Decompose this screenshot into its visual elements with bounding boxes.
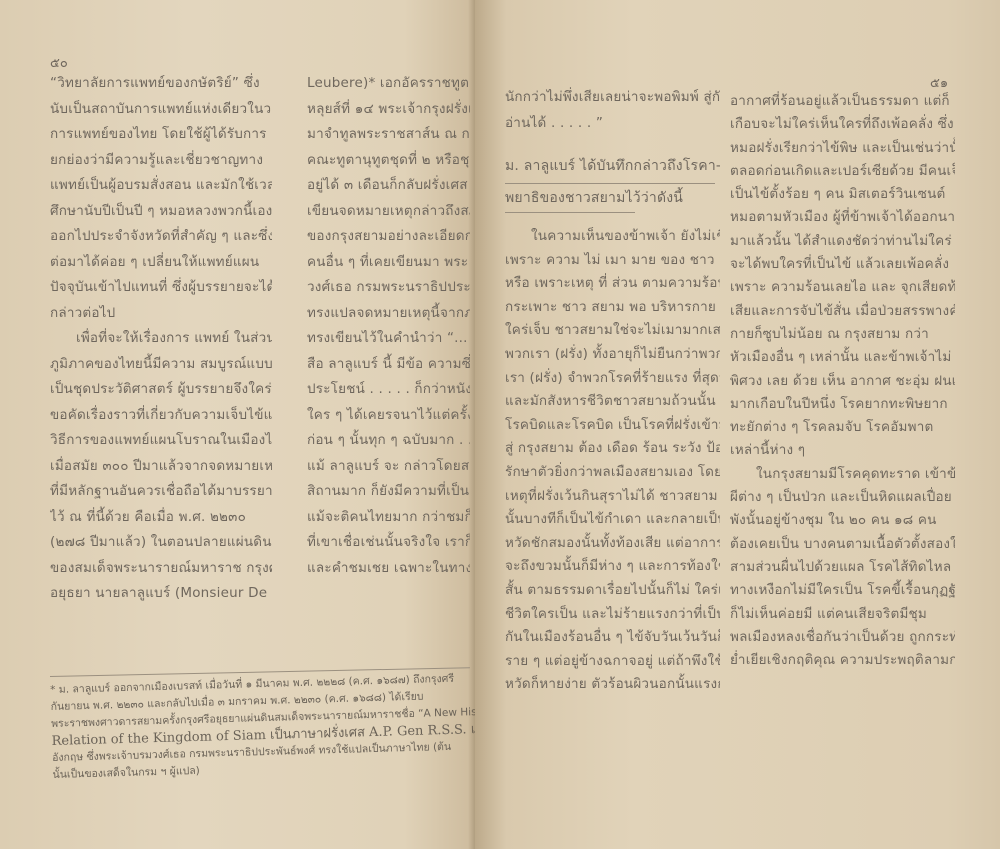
text-line: เพราะ ความร้อนเลยไอ และ จุกเสียดท้อง <box>730 276 955 299</box>
page-number-left: ๕๐ <box>50 52 68 73</box>
text-line: พังนั้นอยู่ข้างชุม ใน ๒๐ คน ๑๘ คน <box>730 509 955 532</box>
text-line: ออกไปประจำจังหวัดที่สำคัญ ๆ และซึ่ง <box>50 224 272 250</box>
text-line: เป็นไข้ตั้งร้อย ๆ คน มิสเตอร์วินเซนต์ <box>730 183 955 206</box>
text-line: Leubere)* เอกอัครราชทูต <box>307 71 470 97</box>
text-line: มาจำทูลพระราชสาส์น ณ กรุงศรี <box>307 122 470 148</box>
text-line: หวัดชักสมองนั้นทั้งท้องเสีย แต่อาการ <box>505 532 720 556</box>
text-line: หวัดก็หายง่าย ตัวร้อนผิวนอกนั้นแรงกว่า <box>505 673 720 697</box>
text-line: ยกย่องว่ามีความรู้และเชี่ยวชาญทาง <box>50 148 272 174</box>
text-line: กระเพาะ ชาว สยาม พอ บริหารกาย จึงไม่ <box>505 296 720 320</box>
text-line: กล่าวต่อไป <box>50 301 272 327</box>
text-line: จะถึงขวมนั้นก็มีห่าง ๆ และการท้องใช้ <box>505 555 720 579</box>
text-line: และคำชมเชย เฉพาะในทางนั้น <box>307 556 470 582</box>
heading-line: ม. ลาลูแบร์ ได้บันทึกกล่าวถึงโรคา- <box>505 154 720 180</box>
right-page-column-1: ในความเห็นของข้าพเจ้า ยังไม่เชื่อว่า เพร… <box>505 225 720 697</box>
text-line: พวกเรา (ฝรั่ง) ทั้งอายุก็ไม่ยืนกว่าพวก <box>505 343 720 367</box>
text-line: “วิทยาลัยการแพทย์ของกษัตริย์” ซึ่ง <box>50 71 272 97</box>
text-line: ใคร่เจ็บ ชาวสยามใช่จะไม่เมามากเสมอ <box>505 319 720 343</box>
text-line: สิถานมาก ก็ยังมีความที่เป็น <box>307 479 470 505</box>
text-line: หรือ เพราะเหตุ ที่ ส่วน ตามความร้อน ของ <box>505 272 720 296</box>
text-line: เขียนจดหมายเหตุกล่าวถึงสภาพ <box>307 199 470 225</box>
text-line: ราย ๆ แต่อยู่ข้างฉกาจอยู่ แต่ถ้าพึงใช้ <box>505 650 720 674</box>
text-line: อ่านได้ . . . . . ” <box>505 111 720 137</box>
text-line: ก็ไม่เห็นค่อยมี แต่คนเสียจริตมีชุม <box>730 603 955 626</box>
text-line: สามส่วนผื่นไปด้วยแผล โรคไส้ทิดไหล <box>730 556 955 579</box>
text-line: ทรงแปลจดหมายเหตุนี้จากภาษา <box>307 301 470 327</box>
text-line: กายก็ซูบไม่น้อย ณ กรุงสยาม กว่า <box>730 323 955 346</box>
text-line: แพทย์เป็นผู้อบรมสั่งสอน และมักใช้เวลา <box>50 173 272 199</box>
text-line: นับเป็นสถาบันการแพทย์แห่งเดียวในวง <box>50 97 272 123</box>
text-line: เพราะ ความ ไม่ เมา มาย ของ ชาว สยาม <box>505 249 720 273</box>
text-line: พลเมืองหลงเชื่อกันว่าเป็นด้วย ถูกกระทำ <box>730 626 955 649</box>
text-line: วงศ์เธอ กรมพระนราธิปประพันธ์ <box>307 275 470 301</box>
text-line: พิศวง เลย ด้วย เห็น อากาศ ชะอุ่ม ฝนเสีย <box>730 370 955 393</box>
text-line: อยู่ได้ ๓ เดือนก็กลับฝรั่งเศส <box>307 173 470 199</box>
text-line: หลุยส์ที่ ๑๔ พระเจ้ากรุงฝรั่งเศส <box>307 97 470 123</box>
heading-divider <box>505 183 715 184</box>
text-line: รักษาตัวยิ่งกว่าพลเมืองสยามเอง โดย <box>505 461 720 485</box>
text-line: (๒๗๘ ปีมาแล้ว) ในตอนปลายแผ่นดิน <box>50 530 272 556</box>
text-line: ในความเห็นของข้าพเจ้า ยังไม่เชื่อว่า <box>505 225 720 249</box>
text-line: ชีวิตใครเป็น และไม่ร้ายแรงกว่าที่เป็น <box>505 603 720 627</box>
text-line: อากาศที่ร้อนอยู่แล้วเป็นธรรมดา แต่ก็ <box>730 90 955 113</box>
text-line: การแพทย์ของไทย โดยใช้ผู้ได้รับการ <box>50 122 272 148</box>
left-page: ๕๐ “วิทยาลัยการแพทย์ของกษัตริย์” ซึ่ง นั… <box>0 0 475 849</box>
section-heading: ม. ลาลูแบร์ ได้บันทึกกล่าวถึงโรคา- <box>505 154 720 180</box>
text-line: คนอื่น ๆ ที่เคยเขียนมา พระ <box>307 250 470 276</box>
text-line: ทรงเขียนไว้ในคำนำว่า “... <box>307 326 470 352</box>
text-line: ที่มีหลักฐานอันควรเชื่อถือได้มาบรรยาย <box>50 479 272 505</box>
text-line: ของสมเด็จพระนารายณ์มหาราช กรุงศรี <box>50 556 272 582</box>
text-line: ในกรุงสยามมีโรคคุดทะราด เข้าข้อ <box>730 463 955 486</box>
text-line: ขอคัดเรื่องราวที่เกี่ยวกับความเจ็บไข้และ <box>50 403 272 429</box>
text-line: เหล่านี้ห่าง ๆ <box>730 439 955 462</box>
open-book-spread: ๕๐ “วิทยาลัยการแพทย์ของกษัตริย์” ซึ่ง นั… <box>0 0 1000 849</box>
text-line: ประโยชน์ . . . . . ก็กว่าหนังสือ <box>307 377 470 403</box>
text-line: เหตุที่ฝรั่งเว้นกินสุราไม่ได้ ชาวสยาม <box>505 485 720 509</box>
text-line: เป็นชุดประวัติศาสตร์ ผู้บรรยายจึงใคร่ <box>50 377 272 403</box>
text-line: กันในเมืองร้อนอื่น ๆ ไข้จับวันเว้นวันก็ม… <box>505 626 720 650</box>
text-line: หมอฝรั่งเรียกว่าไข้พิษ และเป็นเช่นว่านั้… <box>730 137 955 160</box>
text-line: เรา (ฝรั่ง) จำพวกโรคที่ร้ายแรง ที่สุดนั้… <box>505 367 720 391</box>
text-line: คณะทูตานุทูตชุดที่ ๒ หรือชุดสุด <box>307 148 470 174</box>
text-line: ใคร ๆ ได้เคยรจนาไว้แต่ครั้ง <box>307 403 470 429</box>
text-line: นักกว่าไม่พึ่งเสียเลยน่าจะพอพิมพ์ สู่กัน <box>505 85 720 111</box>
text-line: ภูมิภาคของไทยนี้มีความ สมบูรณ์แบบสม <box>50 352 272 378</box>
text-line: นั้นบางทีก็เป็นไข้กำเดา และกลายเป็นไข้ <box>505 508 720 532</box>
footnote-marker: * <box>50 684 56 696</box>
text-line: ทะยักต่าง ๆ โรคลมจับ โรคอัมพาต <box>730 416 955 439</box>
text-line: จะได้พบใครที่เป็นไข้ แล้วเลยเพ้อคลั่ง <box>730 253 955 276</box>
text-line: เกือบจะไม่ใคร่เห็นใครที่ถึงเพ้อคลั่ง ซึ่… <box>730 113 955 136</box>
text-line: ตลอดก่อนเกิดและเปอร์เซียด้วย มีคนเจ็บ <box>730 160 955 183</box>
heading-underline <box>505 212 635 213</box>
text-line: อยุธยา นายลาลูแบร์ (Monsieur De La <box>50 581 272 607</box>
text-line: แม้ ลาลูแบร์ จะ กล่าวโดยสม <box>307 454 470 480</box>
text-line: ศึกษานับปีเป็นปี ๆ หมอหลวงพวกนี้เองที่ <box>50 199 272 225</box>
text-line: เมื่อสมัย ๓๐๐ ปีมาแล้วจากจดหมายเหตุ <box>50 454 272 480</box>
text-line: ต้องเคยเป็น บางคนตามเนื้อตัวตั้งสองใน <box>730 533 955 556</box>
text-line: ต่อมาได้ค่อย ๆ เปลี่ยนให้แพทย์แผน <box>50 250 272 276</box>
text-line: สือ ลาลูแบร์ นี้ มีข้อ ความซึ่ง <box>307 352 470 378</box>
text-line: วิธีการของแพทย์แผนโบราณในเมืองไทย <box>50 428 272 454</box>
text-line: หัวเมืองอื่น ๆ เหล่านั้น และข้าพเจ้าไม่ <box>730 346 955 369</box>
text-line: สั้น ตามธรรมดาเรื่อยไปนั้นก็ไม่ ใคร่เอา <box>505 579 720 603</box>
text-line: มากเกือบในปีหนึ่ง โรคยากทะพิษยาก <box>730 393 955 416</box>
heading-line: พยาธิของชาวสยามไว้ว่าดังนี้ <box>505 186 720 212</box>
left-page-column-2: Leubere)* เอกอัครราชทูต หลุยส์ที่ ๑๔ พระ… <box>307 71 470 581</box>
left-page-column-1: “วิทยาลัยการแพทย์ของกษัตริย์” ซึ่ง นับเป… <box>50 71 272 607</box>
text-line: โรคบิดและโรคบิด เป็นโรคที่ฝรั่งเข้ามา <box>505 414 720 438</box>
right-page-column-2: อากาศที่ร้อนอยู่แล้วเป็นธรรมดา แต่ก็ เกื… <box>730 90 955 672</box>
right-page: ๕๑ นักกว่าไม่พึ่งเสียเลยน่าจะพอพิมพ์ สู่… <box>475 0 1000 849</box>
text-line: เสียและการจับไข้สั่น เมื่อป่วยสรรพางค์ <box>730 300 955 323</box>
text-line: เพื่อที่จะให้เรื่องการ แพทย์ ในส่วน <box>50 326 272 352</box>
text-line: หมอตามหัวเมือง ผู้ที่ข้าพเจ้าได้ออกนาม <box>730 206 955 229</box>
text-line: ผีต่าง ๆ เป็นป่วก และเป็นหิดแผลเปื่อย <box>730 486 955 509</box>
text-line: และมักสังหารชีวิตชาวสยามถ้วนนั้น ก็คือ <box>505 390 720 414</box>
text-line: ย่ำเยียเชิงกฤติคุณ ความประพฤติลามก <box>730 649 955 672</box>
footnote: * ม. ลาลูแบร์ ออกจากเมืองเบรสท์ เมื่อวัน… <box>50 670 483 784</box>
text-line: แม้จะติคนไทยมาก กว่าชมก็ดี <box>307 505 470 531</box>
text-line: สู่ กรุงสยาม ต้อง เดือด ร้อน ระวัง ป้อง … <box>505 437 720 461</box>
text-line: ที่เขาเชื่อเช่นนั้นจริงใจ เราก็ <box>307 530 470 556</box>
text-line: ทางเหงือกไม่มีใครเป็น โรคขี้เรื้อนกุฏฐัง <box>730 579 955 602</box>
text-line: ก่อน ๆ นั้นทุก ๆ ฉบับมาก . . . . <box>307 428 470 454</box>
text-line: มาแล้วนั้น ได้สำแดงชัดว่าท่านไม่ใคร่ <box>730 230 955 253</box>
text-line: ปัจจุบันเข้าไปแทนที่ ซึ่งผู้บรรยายจะได้ <box>50 275 272 301</box>
text-line: ไว้ ณ ที่นี้ด้วย คือเมื่อ พ.ศ. ๒๒๓๐ <box>50 505 272 531</box>
text-line: ของกรุงสยามอย่างละเอียดกว่า <box>307 224 470 250</box>
right-page-column-1-intro: นักกว่าไม่พึ่งเสียเลยน่าจะพอพิมพ์ สู่กัน… <box>505 85 720 136</box>
section-heading-cont: พยาธิของชาวสยามไว้ว่าดังนี้ <box>505 186 720 212</box>
